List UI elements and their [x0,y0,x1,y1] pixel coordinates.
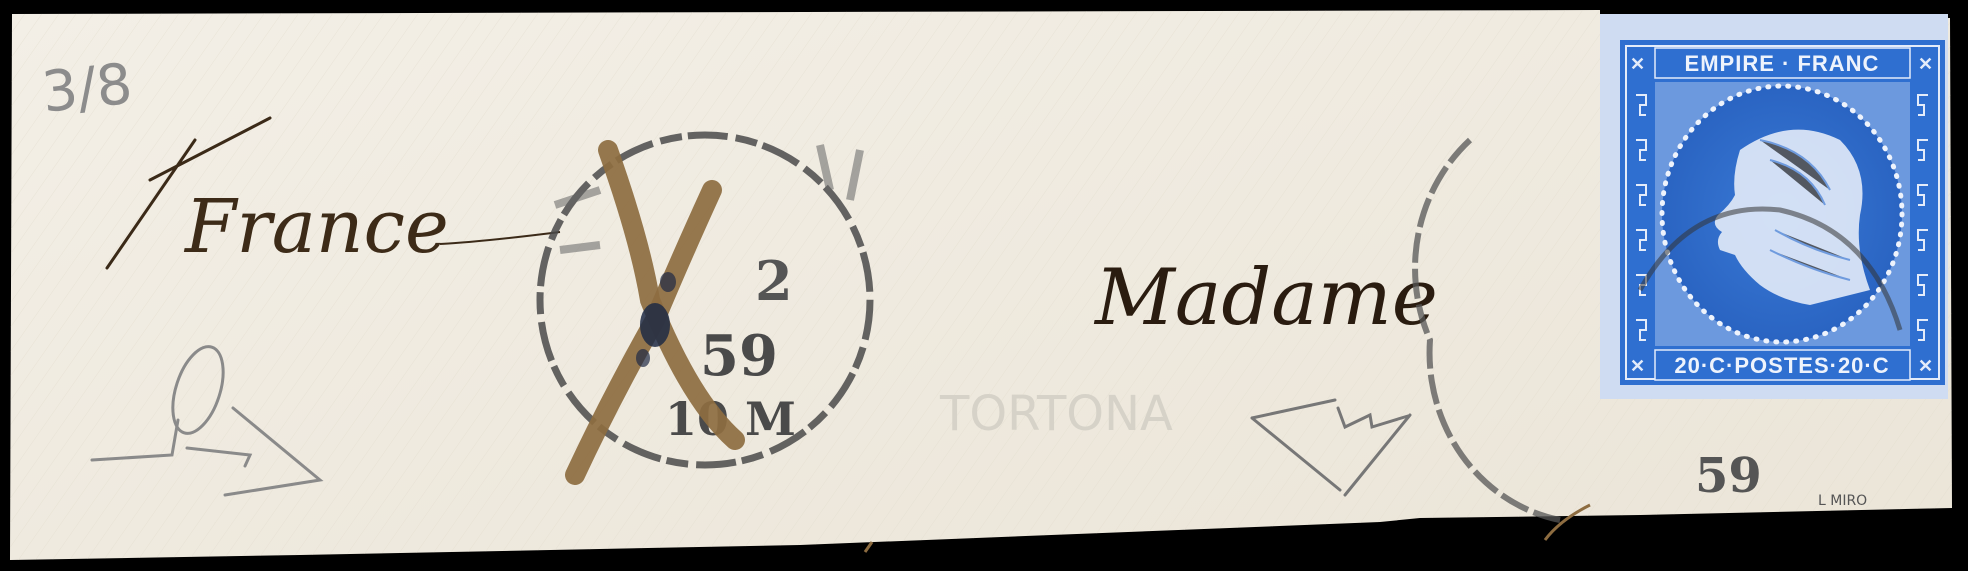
svg-text:✕: ✕ [1918,54,1934,74]
svg-text:Madame: Madame [1093,253,1438,343]
svg-text:✕: ✕ [1630,356,1646,376]
svg-text:20·C·POSTES·20·C: 20·C·POSTES·20·C [1674,353,1889,378]
svg-text:✕: ✕ [1918,356,1934,376]
cover-photo: 3/8 France 2 59 10 M TORTONA Madame [0,0,1968,571]
svg-text:2: 2 [755,249,793,313]
pencil-tortona: TORTONA [939,386,1173,442]
svg-text:✕: ✕ [1630,54,1646,74]
postage-stamp: EMPIRE · FRANC 20·C·POSTES·20·C ✕✕ ✕✕ [1600,14,1948,399]
pencil-signature: L MIRO [1818,493,1867,509]
svg-text:EMPIRE · FRANC: EMPIRE · FRANC [1685,51,1880,76]
pencil-fraction: 3/8 [39,52,135,126]
svg-text:France: France [183,184,449,270]
handwritten-madame: Madame [1093,253,1438,343]
svg-text:3/8: 3/8 [39,52,135,126]
svg-text:59: 59 [1695,448,1762,504]
svg-text:59: 59 [700,323,778,389]
